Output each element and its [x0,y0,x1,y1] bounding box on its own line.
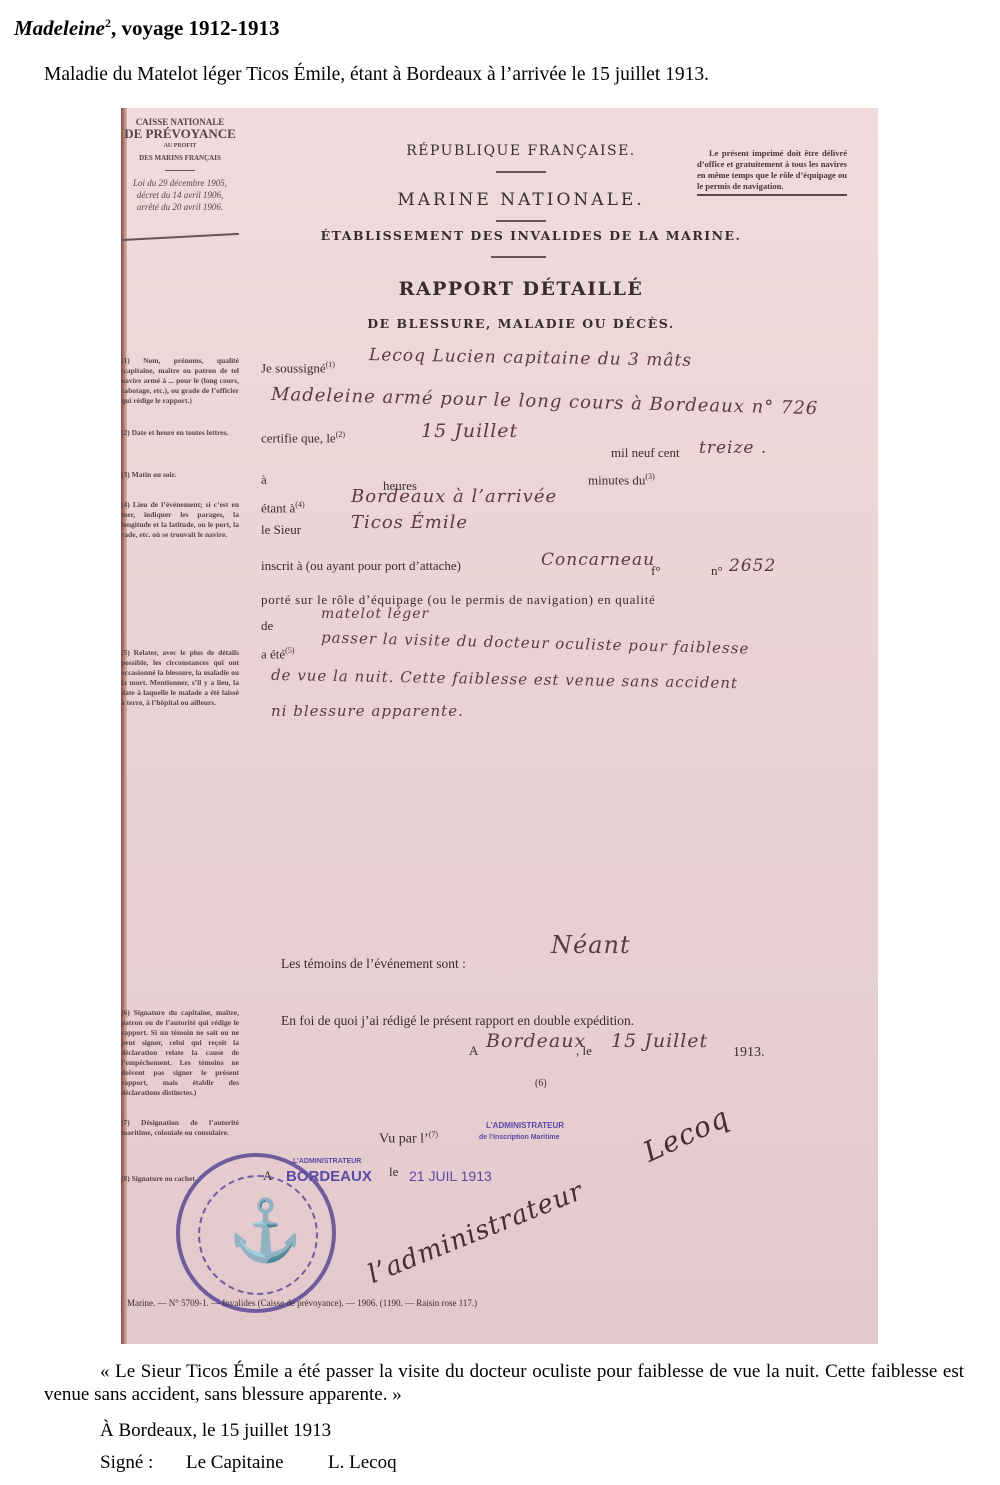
divider [496,171,546,173]
stamp-admin-line1: L’ADMINISTRATEUR [486,1121,564,1130]
voyage-years: , voyage 1912-1913 [111,16,280,40]
label-text: Vu par l’ [379,1132,429,1147]
transcription-quote: « Le Sieur Ticos Émile a été passer la v… [44,1360,964,1406]
divider [165,170,195,171]
label-year: mil neuf cent [611,445,680,461]
signature-captain: Lecoq [638,1100,734,1168]
header-republic: RÉPUBLIQUE FRANÇAISE. [271,143,771,159]
hand-etant: Bordeaux à l’arrivée [351,486,557,507]
page-subtitle: Maladie du Matelot léger Ticos Émile, ét… [44,64,709,86]
label-text: certifie que, le [261,430,336,445]
report-subtitle: DE BLESSURE, MALADIE OU DÉCÈS. [271,316,771,331]
ref: (7) [429,1130,438,1139]
margin-note-5: (5) Relater, avec le plus de détails pos… [121,648,239,708]
document-photo: CAISSE NATIONALE DE PRÉVOYANCE AU PROFIT… [121,108,878,1344]
label-qualite: de [261,618,273,634]
signed-role: Le Capitaine [186,1452,328,1474]
stamp-visa-admin: L’ADMINISTRATEUR [293,1158,361,1165]
label-minutes: minutes du(3) [588,472,655,488]
hand-num: 2652 [729,556,776,576]
notice-box: Le présent imprimé doit être délivré d’o… [697,148,847,196]
hand-a-ete-2: de vue la nuit. Cette faiblesse est venu… [271,666,738,692]
label-a-ete: a été(5) [261,646,295,662]
report-title: RAPPORT DÉTAILLÉ [271,278,771,300]
label-etant: étant à(4) [261,500,305,516]
margin-note-caisse: CAISSE NATIONALE DE PRÉVOYANCE AU PROFIT… [121,116,239,213]
label-temoins: Les témoins de l’événement sont : [281,956,466,972]
hand-sieur: Ticos Émile [351,512,468,533]
margin-note-4: (4) Lieu de l’événement; si c’est en mer… [121,500,239,540]
label-text: étant à [261,500,295,515]
signed-name: L. Lecoq [328,1452,397,1474]
margin-note-3: (3) Matin ou soir. [121,470,239,480]
label-folio: f° [651,563,661,579]
transcription-signature: Signé :Le CapitaineL. Lecoq [100,1452,397,1474]
margin-note-1: (1) Nom, prénoms, qualité (capitaine, ma… [121,356,239,406]
ref: (5) [285,646,294,655]
footer-print-ref: Marine. — N° 5709-1. — Invalides (Caisse… [127,1298,477,1308]
margin-line: DES MARINS FRANÇAIS [121,152,239,164]
label-a: à [261,472,267,488]
hand-a-ete-3: ni blessure apparente. [271,702,464,720]
ref: (1) [326,360,335,369]
hand-date: 15 Juillet [421,420,518,442]
label-lieu-a: A [469,1043,478,1059]
margin-note-6: (6) Signature du capitaine, maître, patr… [121,1008,239,1098]
margin-note-7: (7) Désignation de l’autorité maritime, … [121,1118,239,1138]
official-seal: ⚓ [176,1153,336,1313]
transcription-place-date: À Bordeaux, le 15 juillet 1913 [100,1420,331,1442]
margin-line: Loi du 29 décembre 1905, [121,177,239,189]
hand-a-ete-1: passer la visite du docteur oculiste pou… [321,628,750,657]
ship-name: Madeleine [14,16,105,40]
label-soussigne: Je soussigné(1) [261,360,335,376]
margin-line: décret du 14 avril 1906, [121,189,239,201]
label-en-foi: En foi de quoi j’ai rédigé le présent ra… [281,1013,634,1029]
header-establishment: ÉTABLISSEMENT DES INVALIDES DE LA MARINE… [231,228,831,243]
ref: (3) [645,472,654,481]
ref: (4) [295,500,304,509]
anchor-icon: ⚓ [228,1195,303,1266]
hand-lieu: Bordeaux [486,1030,586,1052]
margin-line: arrêté du 20 avril 1906. [121,201,239,213]
page-heading: Madeleine2, voyage 1912-1913 [14,16,280,41]
ref: (2) [336,430,345,439]
label-visa-le: le [389,1164,398,1180]
label-text: minutes du [588,472,645,487]
hand-soussigne-1: Lecoq Lucien capitaine du 3 mâts [369,345,692,371]
signed-label: Signé : [100,1452,186,1474]
hand-year: treize . [699,438,767,458]
label-text: a été [261,646,285,661]
label-text: Je soussigné [261,360,326,375]
margin-note-2: (2) Date et heure en toutes lettres. [121,428,239,438]
signature-administrator: l’administrateur [364,1176,588,1290]
hand-temoins: Néant [551,931,631,959]
hand-date-sign: 15 Juillet [611,1030,708,1052]
label-num: n° [711,563,723,579]
stamp-admin-line2: de l’Inscription Maritime [479,1134,560,1141]
ref-6: (6) [535,1078,547,1089]
label-le: , le [576,1043,592,1059]
label-inscrit: inscrit à (ou ayant pour port d’attache) [261,558,461,574]
divider [491,256,546,258]
margin-line: AU PROFIT [121,140,239,152]
margin-line: DE PRÉVOYANCE [121,128,239,140]
hand-soussigne-2: Madeleine armé pour le long cours à Bord… [271,384,819,419]
divider [496,220,546,222]
hand-qualite: matelot léger [321,606,429,622]
header-ministry: MARINE NATIONALE. [271,190,771,210]
label-certifie: certifie que, le(2) [261,430,345,446]
label-sieur: le Sieur [261,522,301,538]
hand-inscrit: Concarneau [541,550,655,570]
stamp-visa-date: 21 JUIL 1913 [409,1168,492,1184]
divider [121,233,239,241]
label-vu-par: Vu par l’(7) [379,1130,438,1148]
label-year-sign: 1913. [733,1045,765,1061]
